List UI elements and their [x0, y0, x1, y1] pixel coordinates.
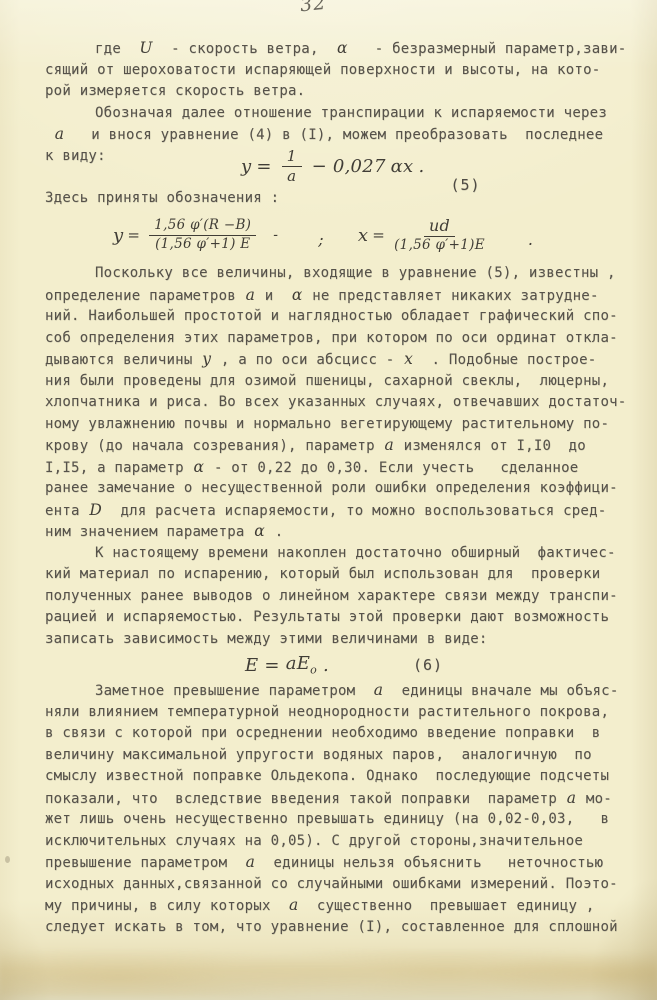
paper-speck — [5, 856, 10, 863]
text-line: ний. Наибольшей простотой и наглядностью… — [45, 306, 630, 328]
text-line: Обозначая далее отношение транспирации к… — [45, 103, 630, 125]
math-symbol: = — [256, 156, 271, 177]
period: . — [528, 230, 533, 249]
x-definition: x = ud (1,56 φ′+1)E — [358, 217, 490, 254]
fraction: 1 a — [282, 148, 302, 186]
text-line: ента D для расчета испаряемости, то можн… — [45, 500, 630, 522]
handwritten-symbol: a — [373, 681, 385, 699]
text-line: соб определения этих параметров, при кот… — [45, 328, 630, 350]
text-line: смыслу известной поправке Ольдекопа. Одн… — [45, 766, 630, 788]
text-line: рой измеряется скорость ветра. — [45, 81, 630, 103]
text-line: определение параметров a и α не представ… — [45, 285, 630, 307]
math-symbol: . — [418, 156, 424, 177]
text-line: Поскольку все величины, входящие в уравн… — [45, 263, 630, 285]
text-line: где U - скорость ветра, α - безразмерный… — [45, 38, 630, 60]
text-line: жет лишь очень несущественно превышать е… — [45, 809, 630, 831]
text-line: ним значением параметра α . — [45, 521, 630, 543]
text-line: превышение параметром a единицы нельзя о… — [45, 852, 630, 874]
handwritten-symbol: x — [403, 350, 414, 368]
page-number: 32 — [299, 0, 327, 16]
handwritten-symbol: a — [288, 896, 300, 914]
text-line: показали, что вследствие введения такой … — [45, 788, 630, 810]
notation-definitions: y = 1,56 φ′(R −B) (1,56 φ′+1) E - ; x = … — [45, 211, 630, 259]
handwritten-symbol: α — [253, 522, 266, 540]
text-line: Заметное превышение параметром a единицы… — [45, 680, 630, 702]
fraction-numerator: ud — [424, 217, 455, 237]
math-symbol: x — [358, 225, 368, 246]
text-line: няли влиянием температурной неоднороднос… — [45, 702, 630, 724]
equation-5-body: y = 1 a − 0,027 αx . — [241, 148, 424, 186]
handwritten-symbol: a — [245, 286, 257, 304]
paragraph-block-3: Поскольку все величины, входящие в уравн… — [45, 263, 630, 650]
math-symbol: = — [264, 655, 279, 676]
text-line: ния были проведены для озимой пшеницы, с… — [45, 371, 630, 393]
math-symbol: y — [241, 156, 251, 177]
math-symbol: E — [245, 655, 258, 676]
equation-5: y = 1 a − 0,027 αx . (5) — [45, 146, 630, 188]
period: . — [323, 655, 329, 676]
handwritten-symbol: y — [201, 350, 212, 368]
handwritten-symbol: a — [383, 436, 395, 454]
text-line: рацией и испаряемостью. Результаты этой … — [45, 607, 630, 629]
text-line: a и внося уравнение (4) в (I), можем пре… — [45, 124, 630, 146]
y-definition: y = 1,56 φ′(R −B) (1,56 φ′+1) E - — [113, 218, 278, 252]
fraction: ud (1,56 φ′+1)E — [394, 217, 485, 254]
paper-stain-bottom — [0, 950, 657, 996]
text-line: К настоящему времени накоплен достаточно… — [45, 543, 630, 565]
text-line: ному увлажнению почвы и нормально вегети… — [45, 414, 630, 436]
handwritten-symbol: a — [566, 789, 578, 807]
paragraph-block-2: Здесь приняты обозначения : — [45, 188, 630, 210]
text-line: хлопчатника и риса. Во всех указанных сл… — [45, 392, 630, 414]
equation-6-body: E = aEo . — [245, 653, 329, 677]
handwritten-symbol: a — [54, 125, 66, 143]
text-line: Здесь приняты обозначения : — [45, 188, 630, 210]
math-symbol: - — [273, 227, 278, 243]
text-line: записать зависимость между этими величин… — [45, 629, 630, 651]
text-line: полученных ранее выводов о линейном хара… — [45, 586, 630, 608]
paragraph-block-4: Заметное превышение параметром a единицы… — [45, 680, 630, 938]
text-line: му причины, в силу которых a существенно… — [45, 895, 630, 917]
math-symbol: y — [113, 225, 123, 246]
text-line: кий материал по испарению, который был и… — [45, 564, 630, 586]
text-line: дываются величины y , а по оси абсцисс -… — [45, 349, 630, 371]
text-line: следует искать в том, что уравнение (I),… — [45, 917, 630, 939]
fraction-denominator: a — [287, 167, 296, 185]
text-line: I,I5, а параметр α - от 0,22 до 0,30. Ес… — [45, 457, 630, 479]
fraction-numerator: 1,56 φ′(R −B) — [149, 218, 256, 236]
handwritten-symbol: α — [336, 39, 349, 57]
handwritten-symbol: D — [88, 501, 103, 519]
fraction: 1,56 φ′(R −B) (1,56 φ′+1) E — [149, 218, 256, 252]
text-line: исходных данных,связанной со случайными … — [45, 874, 630, 896]
handwritten-symbol: α — [193, 458, 206, 476]
text-line: ранее замечание о несущественной роли ош… — [45, 478, 630, 500]
text-line: сящий от шероховатости испаряющей поверх… — [45, 60, 630, 82]
fraction-denominator: (1,56 φ′+1) E — [155, 236, 250, 253]
math-symbol: αx — [391, 156, 414, 177]
fraction-denominator: (1,56 φ′+1)E — [394, 237, 485, 254]
text-line: исключительных случаях на 0,05). С друго… — [45, 831, 630, 853]
subscript: o — [310, 664, 317, 677]
page-text-column: где U - скорость ветра, α - безразмерный… — [45, 38, 630, 938]
handwritten-symbol: U — [138, 39, 153, 57]
text-line: крову (до начала созревания), параметр a… — [45, 435, 630, 457]
text-line: величину максимальной упругости водяных … — [45, 745, 630, 767]
equation-6: E = aEo . (6) — [45, 650, 630, 680]
equation-5-label: (5) — [450, 176, 480, 194]
equation-6-label: (6) — [413, 656, 443, 674]
separator-semicolon: ; — [318, 230, 324, 249]
text-line: в связи с которой при осреднении необход… — [45, 723, 630, 745]
scanned-document-page: 32 где U - скорость ветра, α - безразмер… — [0, 0, 657, 1000]
fraction-numerator: 1 — [282, 148, 302, 167]
math-symbol: = — [372, 226, 385, 244]
handwritten-symbol: a — [245, 853, 257, 871]
math-symbol: = — [127, 226, 140, 244]
math-symbol: − 0,027 — [312, 156, 386, 177]
handwritten-symbol: α — [291, 286, 304, 304]
math-symbol: aEo — [286, 653, 317, 677]
